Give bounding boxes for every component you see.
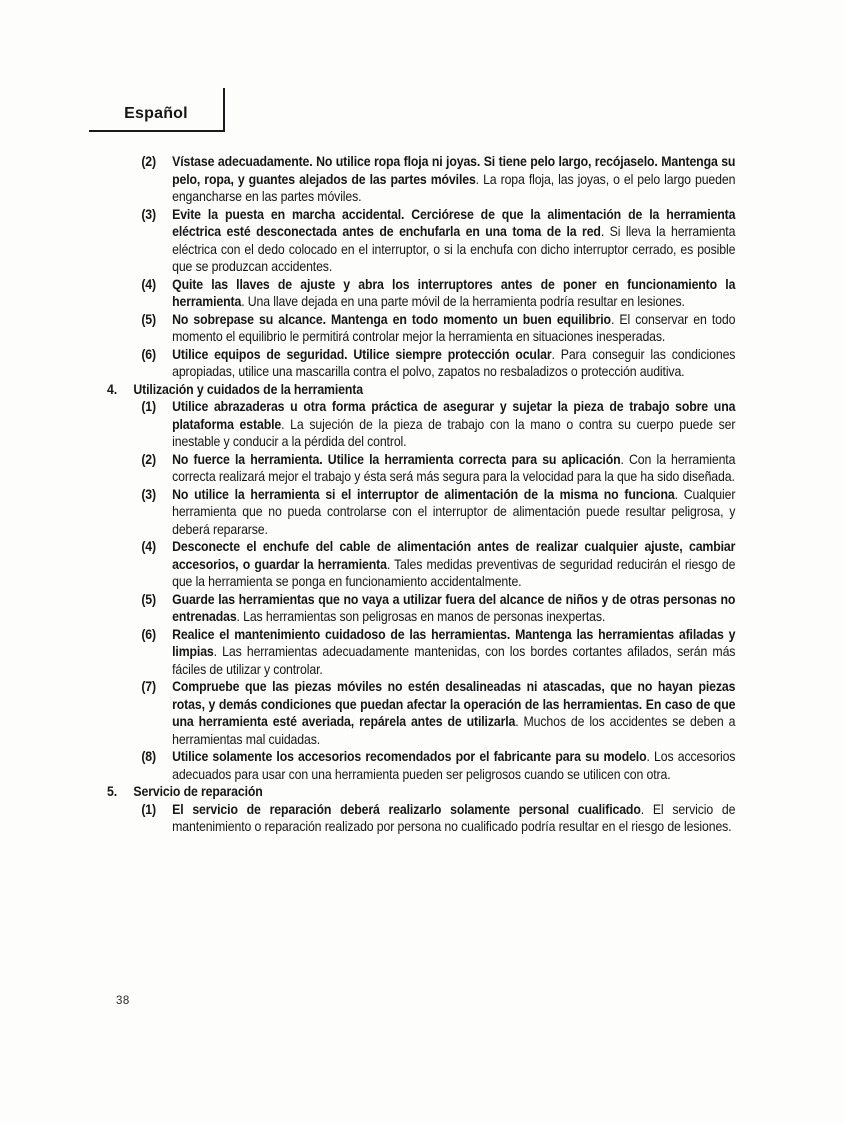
item-number: (2) <box>141 451 172 469</box>
item-text: El servicio de reparación deberá realiza… <box>172 801 735 836</box>
section-number: 4. <box>107 381 133 399</box>
item-text: Evite la puesta en marcha accidental. Ce… <box>172 206 735 276</box>
list-item: (3)No utilice la herramienta si el inter… <box>107 486 735 539</box>
item-number: (3) <box>141 486 172 504</box>
item-text: Guarde las herramientas que no vaya a ut… <box>172 591 735 626</box>
item-number: (7) <box>141 678 172 696</box>
list-item: (7)Compruebe que las piezas móviles no e… <box>107 678 735 748</box>
section-number: 5. <box>107 783 133 801</box>
item-text: Desconecte el enchufe del cable de alime… <box>172 538 735 591</box>
page-number: 38 <box>116 995 130 1007</box>
section-heading: 5.Servicio de reparación <box>107 783 735 801</box>
section-title: Servicio de reparación <box>133 783 262 801</box>
list-item: (2)No fuerce la herramienta. Utilice la … <box>107 451 735 486</box>
item-explanation: . Las herramientas son peligrosas en man… <box>237 608 606 624</box>
item-text: Quite las llaves de ajuste y abra los in… <box>172 276 735 311</box>
item-directive: Utilice equipos de seguridad. Utilice si… <box>172 346 551 362</box>
item-text: Utilice abrazaderas u otra forma práctic… <box>172 398 735 451</box>
item-directive: Utilice solamente los accesorios recomen… <box>172 748 646 764</box>
list-item: (1)Utilice abrazaderas u otra forma prác… <box>107 398 735 451</box>
item-number: (4) <box>141 276 172 294</box>
item-number: (2) <box>141 153 172 171</box>
language-tab-label: Español <box>124 105 188 123</box>
item-directive: El servicio de reparación deberá realiza… <box>172 801 641 817</box>
item-text: No utilice la herramienta si el interrup… <box>172 486 735 539</box>
list-item: (6)Realice el mantenimiento cuidadoso de… <box>107 626 735 679</box>
list-item: (2)Vístase adecuadamente. No utilice rop… <box>107 153 735 206</box>
item-text: Realice el mantenimiento cuidadoso de la… <box>172 626 735 679</box>
manual-page: Español (2)Vístase adecuadamente. No uti… <box>0 0 844 1123</box>
list-item: (6)Utilice equipos de seguridad. Utilice… <box>107 346 735 381</box>
item-number: (1) <box>141 801 172 819</box>
list-item: (8)Utilice solamente los accesorios reco… <box>107 748 735 783</box>
item-number: (5) <box>141 311 172 329</box>
item-explanation: . Las herramientas adecuadamente manteni… <box>172 643 735 677</box>
item-directive: No utilice la herramienta si el interrup… <box>172 486 675 502</box>
item-text: Compruebe que las piezas móviles no esté… <box>172 678 735 748</box>
item-number: (3) <box>141 206 172 224</box>
item-text: No sobrepase su alcance. Mantenga en tod… <box>172 311 735 346</box>
safety-instructions-list: (2)Vístase adecuadamente. No utilice rop… <box>107 153 735 836</box>
item-number: (6) <box>141 346 172 364</box>
item-number: (5) <box>141 591 172 609</box>
list-item: (5)Guarde las herramientas que no vaya a… <box>107 591 735 626</box>
section-title: Utilización y cuidados de la herramienta <box>133 381 363 399</box>
list-item: (5)No sobrepase su alcance. Mantenga en … <box>107 311 735 346</box>
item-explanation: . Una llave dejada en una parte móvil de… <box>241 293 685 309</box>
language-tab: Español <box>89 88 225 132</box>
list-item: (4)Quite las llaves de ajuste y abra los… <box>107 276 735 311</box>
item-number: (8) <box>141 748 172 766</box>
item-text: Utilice equipos de seguridad. Utilice si… <box>172 346 735 381</box>
item-number: (1) <box>141 398 172 416</box>
item-directive: No sobrepase su alcance. Mantenga en tod… <box>172 311 611 327</box>
item-text: Vístase adecuadamente. No utilice ropa f… <box>172 153 735 206</box>
item-text: Utilice solamente los accesorios recomen… <box>172 748 735 783</box>
item-directive: No fuerce la herramienta. Utilice la her… <box>172 451 620 467</box>
list-item: (4)Desconecte el enchufe del cable de al… <box>107 538 735 591</box>
item-text: No fuerce la herramienta. Utilice la her… <box>172 451 735 486</box>
section-heading: 4.Utilización y cuidados de la herramien… <box>107 381 735 399</box>
list-item: (3)Evite la puesta en marcha accidental.… <box>107 206 735 276</box>
list-item: (1)El servicio de reparación deberá real… <box>107 801 735 836</box>
item-number: (4) <box>141 538 172 556</box>
item-number: (6) <box>141 626 172 644</box>
